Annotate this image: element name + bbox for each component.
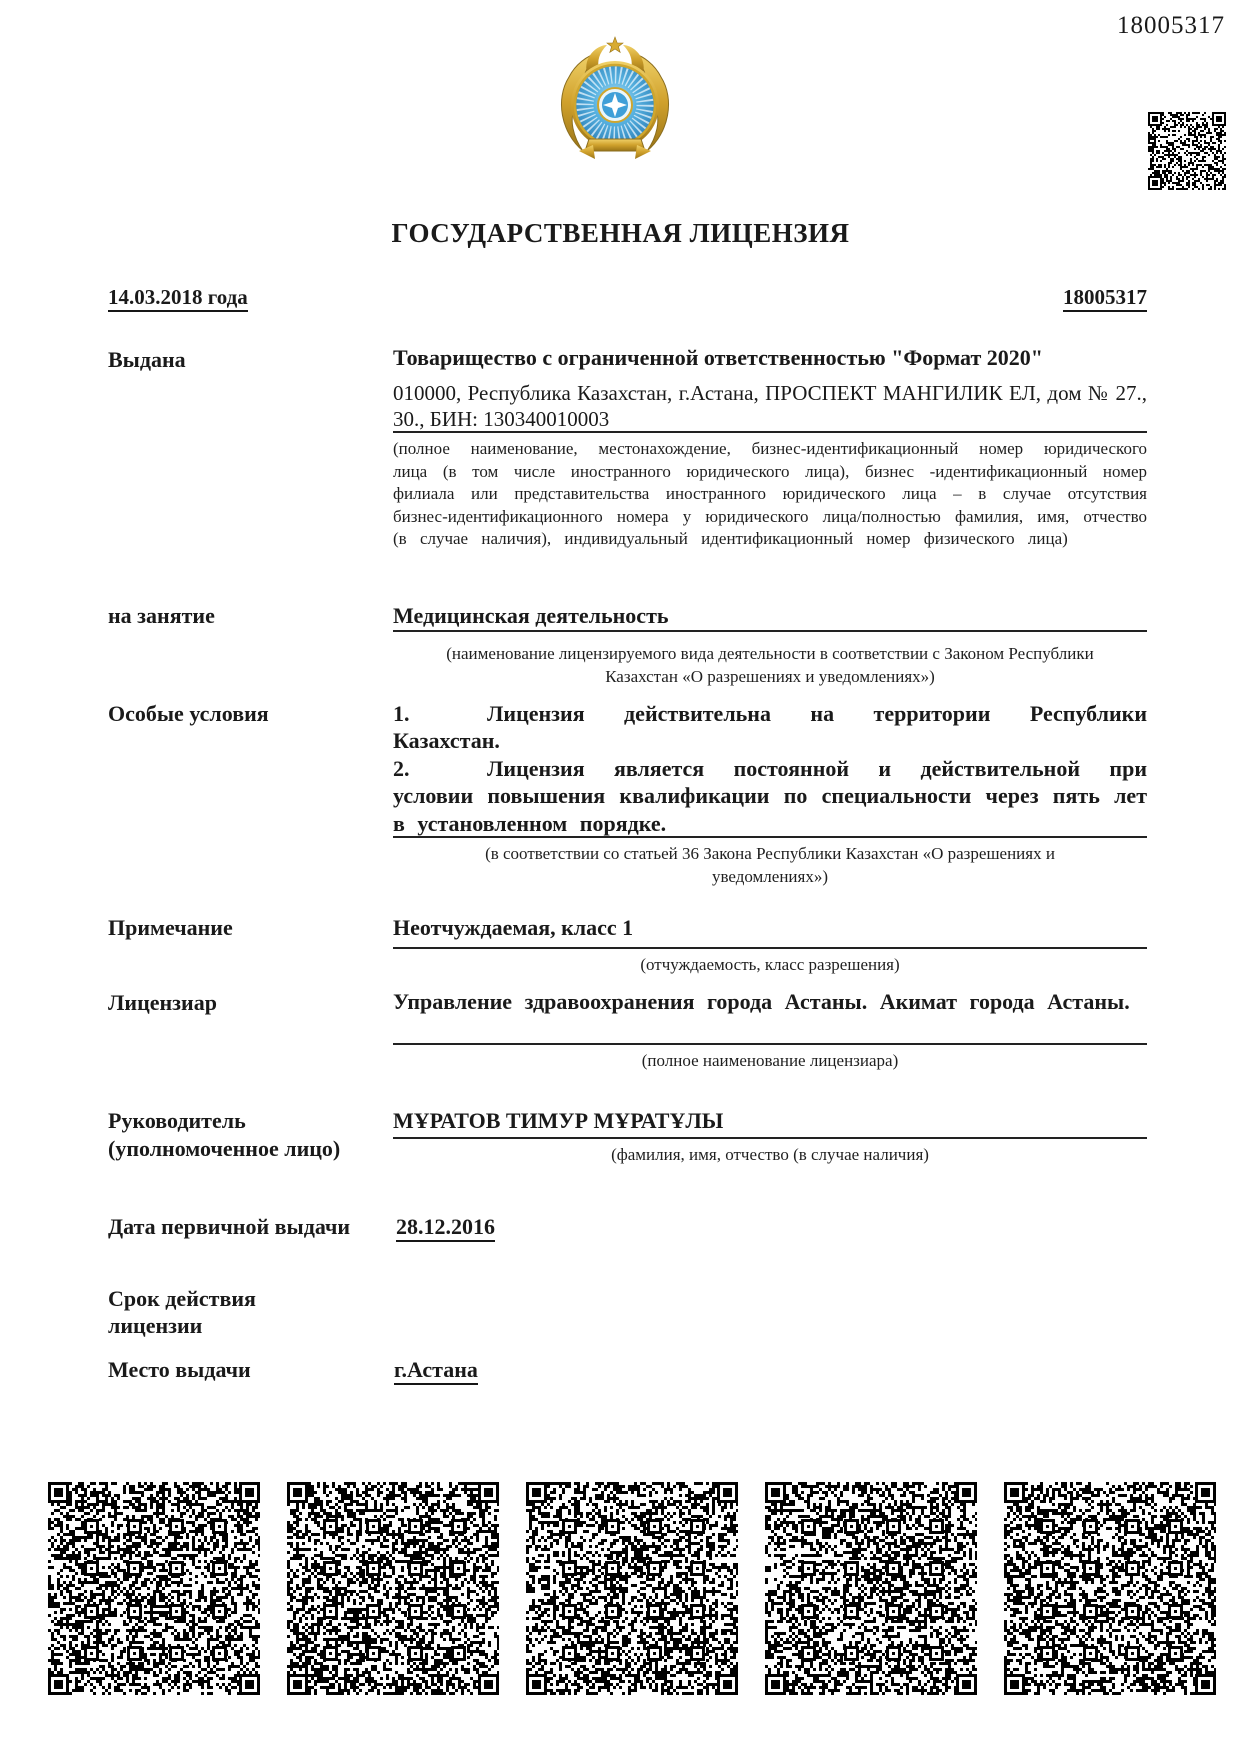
special-condition-item: 1.Лицензия действительна на территории Р… xyxy=(393,700,1147,755)
qr-code-bottom-2 xyxy=(287,1482,499,1695)
field-label-validity-line2: лицензии xyxy=(108,1313,202,1339)
license-document-page: 18005317 ГОСУДАРСТВЕННАЯ ЛИЦЕНЗ xyxy=(0,0,1241,1754)
divider-line xyxy=(393,836,1147,838)
list-item-text: Лицензия является постоянной и действите… xyxy=(393,756,1147,836)
divider-line xyxy=(393,1043,1147,1045)
divider-line xyxy=(393,947,1147,949)
list-item-number: 1. xyxy=(393,700,487,727)
first-issue-date-value: 28.12.2016 xyxy=(396,1213,495,1240)
field-label-head-line2: (уполномоченное лицо) xyxy=(108,1136,340,1162)
divider-line xyxy=(393,1137,1147,1139)
top-license-number: 18005317 xyxy=(1117,12,1225,40)
qr-code-bottom-5 xyxy=(1004,1482,1216,1695)
field-label-licensor: Лицензиар xyxy=(108,990,217,1016)
activity-value: Медицинская деятельность xyxy=(393,602,1147,629)
qr-code-bottom-3 xyxy=(526,1482,738,1695)
field-caption-head: (фамилия, имя, отчество (в случае наличи… xyxy=(393,1144,1147,1167)
licensee-name: Товарищество с ограниченной ответственно… xyxy=(393,345,1147,371)
special-condition-item: 2.Лицензия является постоянной и действи… xyxy=(393,755,1147,837)
qr-code-top xyxy=(1148,112,1226,190)
head-name-value: МҰРАТОВ ТИМУР МҰРАТҰЛЫ xyxy=(393,1107,1147,1134)
divider-line xyxy=(393,431,1147,433)
field-caption-special-conditions: (в соответствии со статьей 36 Закона Рес… xyxy=(393,843,1147,888)
license-number: 18005317 xyxy=(1063,285,1147,310)
field-label-note: Примечание xyxy=(108,915,233,941)
issue-place-value: г.Астана xyxy=(394,1356,478,1383)
licensee-address: 010000, Республика Казахстан, г.Астана, … xyxy=(393,380,1147,432)
qr-code-bottom-4 xyxy=(765,1482,977,1695)
field-caption-issued-to: (полное наименование, местонахождение, б… xyxy=(393,438,1147,551)
field-label-issued-to: Выдана xyxy=(108,347,186,373)
field-label-head: Руководитель xyxy=(108,1108,246,1134)
issue-date: 14.03.2018 года xyxy=(108,285,248,310)
divider-line xyxy=(393,630,1147,632)
field-caption-licensor: (полное наименование лицензиара) xyxy=(393,1050,1147,1073)
qr-code-bottom-1 xyxy=(48,1482,260,1695)
field-label-issue-place: Место выдачи xyxy=(108,1357,251,1383)
list-item-text: Лицензия действительна на территории Рес… xyxy=(393,701,1147,753)
list-item-number: 2. xyxy=(393,755,487,782)
field-label-first-issue-date: Дата первичной выдачи xyxy=(108,1214,350,1240)
kazakhstan-emblem-icon xyxy=(553,33,677,173)
document-title: ГОСУДАРСТВЕННАЯ ЛИЦЕНЗИЯ xyxy=(0,218,1241,249)
licensor-value: Управление здравоохранения города Астаны… xyxy=(393,988,1147,1015)
field-label-validity: Срок действия xyxy=(108,1286,256,1312)
field-label-activity: на занятие xyxy=(108,603,215,629)
note-value: Неотчуждаемая, класс 1 xyxy=(393,914,1147,941)
field-caption-note: (отчуждаемость, класс разрешения) xyxy=(393,954,1147,977)
field-caption-activity: (наименование лицензируемого вида деятел… xyxy=(393,643,1147,688)
field-label-special-conditions: Особые условия xyxy=(108,701,269,727)
